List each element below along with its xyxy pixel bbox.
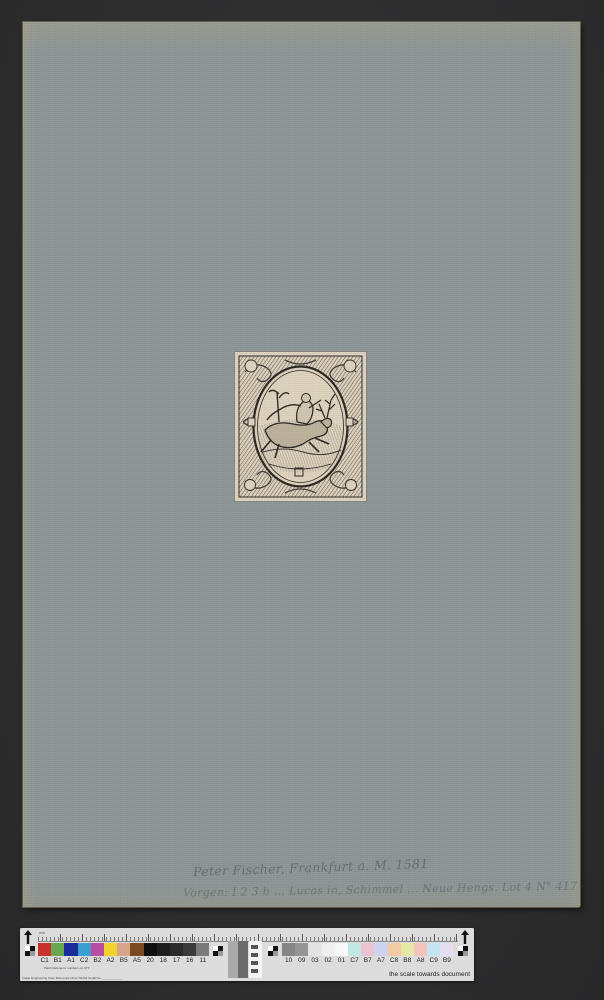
color-patch: 10: [282, 943, 295, 956]
color-patch: B9: [440, 943, 453, 956]
color-patch-label: 18: [160, 957, 167, 964]
color-patch: C2: [78, 943, 91, 956]
color-patch-label: 03: [311, 957, 318, 964]
color-patch-label: 01: [338, 957, 345, 964]
color-patch: B2: [91, 943, 104, 956]
color-patch-label: 17: [173, 957, 180, 964]
up-arrow-icon: [460, 930, 470, 944]
patch-note: Patch Reference numbers on UTT: [44, 966, 90, 970]
color-patch-label: C1: [40, 957, 48, 964]
color-patch-label: B2: [93, 957, 101, 964]
registration-mark-icon: [458, 946, 468, 956]
color-patch: B1: [51, 943, 64, 956]
color-patch: A5: [130, 943, 143, 956]
color-patch: A7: [374, 943, 387, 956]
color-patch: 01: [335, 943, 348, 956]
color-patch: 02: [322, 943, 335, 956]
color-patch-label: B5: [120, 957, 128, 964]
woodcut-image: [235, 352, 366, 501]
pencil-inscription-line-1: Peter Fischer, Frankfurt a. M. 1581: [193, 856, 429, 879]
color-patch: B5: [117, 943, 130, 956]
color-patch-label: B7: [364, 957, 372, 964]
color-patch: C8: [388, 943, 401, 956]
color-patch-label: C8: [390, 957, 398, 964]
color-patch-label: A1: [67, 957, 75, 964]
color-patch-label: 20: [146, 957, 153, 964]
color-patch: 18: [157, 943, 170, 956]
color-patch: 11: [196, 943, 209, 956]
color-patch-label: C7: [350, 957, 358, 964]
gray-wedge: [228, 941, 248, 978]
color-patches-left: C1B1A1C2B2A2B5A52018171611: [38, 943, 209, 956]
color-patch: C7: [348, 943, 361, 956]
color-patch-label: 16: [186, 957, 193, 964]
pencil-inscription-line-2: Vorgen: I 2 3 b … Lucas in, Schimmel … N…: [183, 880, 578, 900]
ruler-label: mm: [39, 931, 45, 935]
color-patch-label: 10: [285, 957, 292, 964]
color-patch-label: A7: [377, 957, 385, 964]
mount-board: Peter Fischer, Frankfurt a. M. 1581 Vorg…: [23, 22, 580, 907]
up-arrow-icon: [23, 930, 33, 944]
resolution-target: [249, 941, 262, 978]
color-patch-label: A2: [107, 957, 115, 964]
color-patch: 17: [170, 943, 183, 956]
color-patch: 20: [144, 943, 157, 956]
color-patch: 09: [295, 943, 308, 956]
color-patch-label: A8: [416, 957, 424, 964]
color-patch-label: C9: [430, 957, 438, 964]
color-patch-label: B8: [403, 957, 411, 964]
registration-mark-icon: [213, 946, 223, 956]
color-patch: C9: [427, 943, 440, 956]
mm-ruler: mm: [38, 932, 458, 942]
color-patch: A2: [104, 943, 117, 956]
color-patch-label: B1: [54, 957, 62, 964]
card-footer: Image Engineering Scan Reference Chart T…: [22, 976, 122, 980]
woodcut-print: [235, 352, 366, 501]
color-patches-right: 1009030201C7B7A7C8B8A8C9B9: [282, 943, 453, 956]
color-patch: B8: [401, 943, 414, 956]
registration-mark-icon: [268, 946, 278, 956]
color-patch-label: C2: [80, 957, 88, 964]
registration-mark-icon: [25, 946, 35, 956]
color-patch: A1: [64, 943, 77, 956]
scale-note: the scale towards document: [389, 971, 470, 978]
color-patch-label: 11: [199, 957, 206, 964]
color-patch: B7: [361, 943, 374, 956]
color-reference-card: mm C1B1A1C2B2A2B5A52018171611 Patch Refe…: [20, 928, 474, 981]
color-patch: C1: [38, 943, 51, 956]
color-patch-label: 09: [298, 957, 305, 964]
color-patch-label: 02: [325, 957, 332, 964]
color-patch: 03: [308, 943, 321, 956]
color-patch-label: A5: [133, 957, 141, 964]
color-patch: 16: [183, 943, 196, 956]
color-patch: A8: [414, 943, 427, 956]
color-patch-label: B9: [443, 957, 451, 964]
